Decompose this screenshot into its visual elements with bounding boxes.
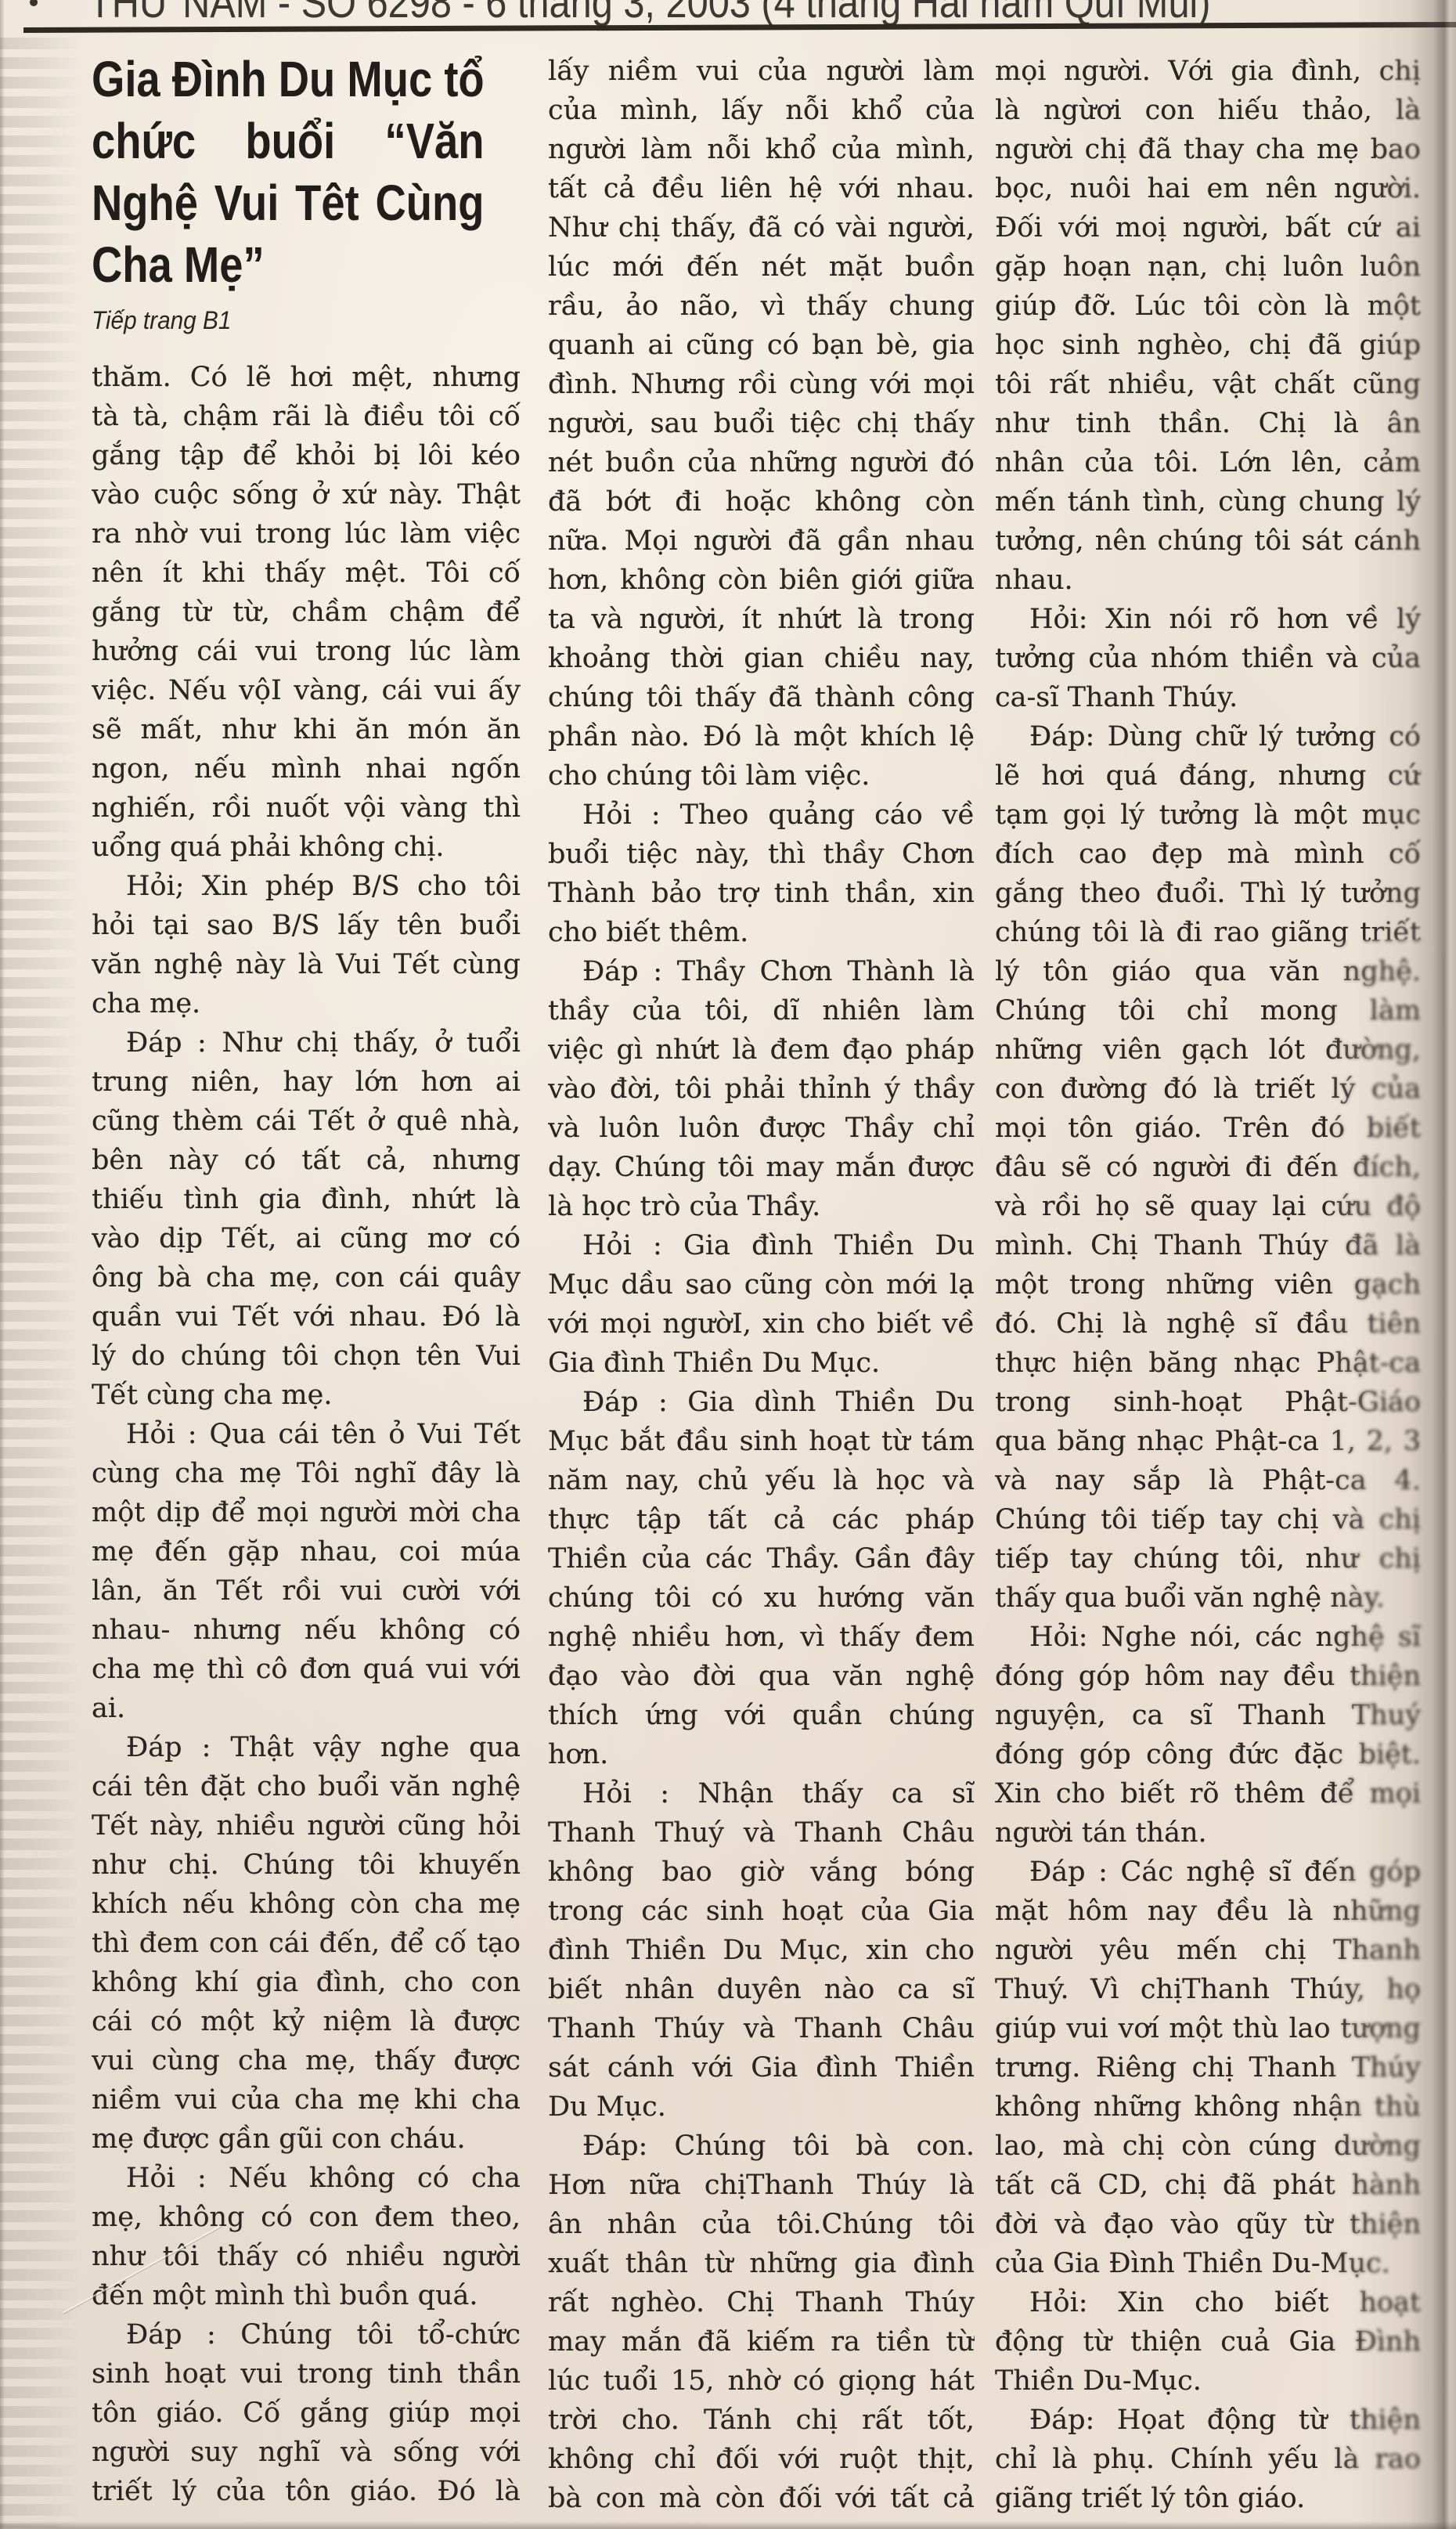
question-line: Hỏi : Nhận thấy ca sĩ: [548, 1774, 975, 1813]
bleed-through-margin: [0, 38, 82, 2527]
question-line: Hỏi : Gia đình Thiền Du: [548, 1226, 975, 1265]
text-line: cùng cha mẹ Tôi nghĩ đây là: [92, 1454, 521, 1493]
text-line: Như chị thấy, đã có vài người,: [548, 208, 975, 247]
text-line: mẹ đến gặp nhau, coi múa: [92, 1532, 521, 1571]
article-column-2: lấy niềm vui của người làm của mình, lấy…: [548, 52, 975, 2518]
text-line: cho chúng tôi làm việc.: [548, 756, 975, 795]
question-line: Hỏi : Qua cái tên ỏ Vui Tết: [92, 1415, 521, 1454]
answer-line: Đáp: Chúng tôi bà con.: [548, 2127, 975, 2166]
text-line: của mình, lấy nỗi khổ của: [548, 91, 975, 130]
text-line: thì đem con cái đến, để cố tạo: [92, 1924, 521, 1963]
text-line: thiếu tình gia đình, nhứt là: [92, 1180, 521, 1219]
text-line: buổi tiệc này, thì thầy Chơn: [548, 835, 975, 874]
text-line: Thanh Thuý và Thanh Châu: [548, 1813, 975, 1853]
page-edge-left: [0, 0, 5, 2529]
text-line: thầy của tôi, dĩ nhiên làm: [548, 991, 975, 1030]
article-column-1: thăm. Có lẽ hơi mệt, nhưng tà tà, chậm r…: [92, 358, 521, 2511]
text-line: thăm. Có lẽ hơi mệt, nhưng: [92, 358, 521, 397]
text-line: ngon, nếu mình nhai ngốn: [92, 749, 521, 788]
text-line: với mọi ngườI, xin cho biết về: [548, 1304, 975, 1344]
text-line: sinh hoạt vui trong tinh thần: [92, 2354, 521, 2394]
text-line: năm nay, chủ yếu là học và: [548, 1461, 975, 1500]
text-line: khích nếu không còn cha mẹ: [92, 1885, 521, 1924]
text-line: tôn giáo. Cố gắng giúp mọi: [92, 2394, 521, 2433]
text-line: Gia đình Thiền Du Mục.: [548, 1344, 975, 1383]
text-line: và luôn luôn được Thầy chỉ: [548, 1109, 975, 1148]
text-line: cái tên đặt cho buổi văn nghệ: [92, 1767, 521, 1806]
text-line: ai.: [92, 1689, 521, 1728]
text-line: gắng tập để khỏi bị lôi kéo: [92, 436, 521, 475]
continued-from-note: Tiếp trang B1: [92, 305, 231, 336]
text-line: Du Mục.: [548, 2087, 975, 2127]
text-line: việc gì nhứt là đem đạo pháp: [548, 1030, 975, 1070]
text-line: hưởng cái vui trong lúc làm: [92, 632, 521, 671]
title-line: Gia Đình Du Mục tổ: [92, 49, 485, 110]
text-line: nghệ nhiều hơn, vì thấy đem: [548, 1618, 975, 1657]
text-line: đến một mình thì buồn quá.: [92, 2276, 521, 2315]
text-line: như chị. Chúng tôi khuyến: [92, 1845, 521, 1885]
text-line: vào cuộc sống ở xứ này. Thật: [92, 475, 521, 514]
text-line: quanh ai cũng có bạn bè, gia: [548, 326, 975, 365]
text-line: không khí gia đình, cho con: [92, 1963, 521, 2002]
text-line: việc. Nếu vộI vàng, cái vui ấy: [92, 671, 521, 710]
answer-line: Đáp : Chúng tôi tổ-chức: [92, 2315, 521, 2354]
title-line: Cha Mẹ”: [92, 234, 485, 296]
text-line: như tôi thấy có nhiều người: [92, 2237, 521, 2276]
text-line: lý do chúng tôi chọn tên Vui: [92, 1337, 521, 1376]
text-line: lúc tuổi 15, nhờ có giọng hát: [548, 2361, 975, 2401]
text-line: cũng thèm cái Tết ở quê nhà,: [92, 1102, 521, 1141]
text-line: nét buồn của những người đó: [548, 443, 975, 482]
text-line: triết lý của tôn giáo. Đó là: [92, 2472, 521, 2511]
title-line: chức buổi “Văn: [92, 110, 485, 172]
text-line: lúc mới đến nét mặt buồn: [548, 247, 975, 287]
text-line: niềm vui của cha mẹ khi cha: [92, 2080, 521, 2120]
page-edge-shadow: [1354, 0, 1456, 2529]
text-line: người, sau buổi tiệc chị thấy: [548, 404, 975, 443]
text-line: không chỉ đối với ruột thịt,: [548, 2440, 975, 2479]
question-line: Hỏi; Xin phép B/S cho tôi: [92, 867, 521, 906]
text-line: chúng tôi thấy đã thành công: [548, 678, 975, 717]
text-line: Mục dầu sao cũng còn mới lạ: [548, 1265, 975, 1304]
text-line: hơn.: [548, 1735, 975, 1774]
text-line: người làm nỗi khổ của mình,: [548, 130, 975, 169]
text-line: nên ít khi thấy mệt. Tôi cố: [92, 554, 521, 593]
text-line: sẽ mất, như khi ăn món ăn: [92, 710, 521, 749]
text-line: thực tập tất cả các pháp: [548, 1500, 975, 1539]
text-line: một dịp để mọi người mời cha: [92, 1493, 521, 1532]
text-line: thích ứng với quần chúng: [548, 1696, 975, 1735]
text-line: đạo vào đời qua văn nghệ: [548, 1657, 975, 1696]
text-line: đã bớt đi hoặc không còn: [548, 482, 975, 521]
dateline: THỨ NĂM - SỐ 6298 - 6 tháng 3, 2003 (4 t…: [88, 0, 1210, 24]
title-line: Nghệ Vui Têt Cùng: [92, 172, 485, 234]
answer-line: Đáp : Gia dình Thiền Du: [548, 1383, 975, 1422]
text-line: cha mẹ thì cô đơn quá vui với: [92, 1650, 521, 1689]
text-line: ân nhân của tôi.Chúng tôi: [548, 2205, 975, 2244]
text-line: hỏi tại sao B/S lấy tên buổi: [92, 906, 521, 945]
text-line: may mắn đã kiếm ra tiền từ: [548, 2322, 975, 2361]
text-line: rất nghèo. Chị Thanh Thúy: [548, 2283, 975, 2322]
text-line: nữa. Mọi người đã gần nhau: [548, 521, 975, 561]
text-line: tất cả đều liên hệ với nhau.: [548, 169, 975, 208]
text-line: đình Thiền Du Mục, xin cho: [548, 1931, 975, 1970]
text-line: dạy. Chúng tôi may mắn được: [548, 1148, 975, 1187]
text-line: quần vui Tết với nhau. Đó là: [92, 1297, 521, 1337]
text-line: ra nhờ vui trong lúc làm việc: [92, 514, 521, 554]
text-line: hơn, không còn biên giới giữa: [548, 561, 975, 600]
text-line: cái có một kỷ niệm là được: [92, 2002, 521, 2041]
text-line: ta và người, ít nhứt là trong: [548, 600, 975, 639]
answer-line: Đáp : Thật vậy nghe qua: [92, 1728, 521, 1767]
page-edge-bottom: [0, 2521, 1456, 2529]
text-line: ông bà cha mẹ, con cái quây: [92, 1258, 521, 1297]
text-line: là học trò của Thầy.: [548, 1187, 975, 1226]
question-line: Hỏi : Theo quảng cáo về: [548, 795, 975, 835]
text-line: nhau- nhưng nếu không có: [92, 1611, 521, 1650]
text-line: cha mẹ.: [92, 984, 521, 1023]
text-line: khoảng thời gian chiều nay,: [548, 639, 975, 678]
text-line: vui cùng cha mẹ, thấy được: [92, 2041, 521, 2080]
text-line: gắng từ từ, chầm chậm để: [92, 593, 521, 632]
text-line: văn nghệ này là Vui Tết cùng: [92, 945, 521, 984]
text-line: bên này có tất cả, nhưng: [92, 1141, 521, 1180]
text-line: sát cánh với Gia đình Thiền: [548, 2048, 975, 2087]
text-line: vào đời, tôi phải thỉnh ý thầy: [548, 1070, 975, 1109]
text-line: Thanh Thúy và Thanh Châu: [548, 2009, 975, 2048]
text-line: xuất thân từ những gia đình: [548, 2244, 975, 2283]
text-line: cho biết thêm.: [548, 913, 975, 952]
text-line: mẹ được gần gũi con cháu.: [92, 2120, 521, 2159]
article-title: Gia Đình Du Mục tổ chức buổi “Văn Nghệ V…: [92, 49, 499, 296]
text-line: Tết cùng cha mẹ.: [92, 1376, 521, 1415]
text-line: mẹ, không có con đem theo,: [92, 2198, 521, 2237]
text-line: người suy nghĩ và sống với: [92, 2433, 521, 2472]
text-line: rầu, ảo não, vì thấy chung: [548, 287, 975, 326]
text-line: trung niên, hay lớn hơn ai: [92, 1062, 521, 1102]
text-line: vào dịp Tết, ai cũng mơ có: [92, 1219, 521, 1258]
text-line: đình. Nhưng rồi cùng với mọi: [548, 365, 975, 404]
text-line: biết nhân duyên nào ca sĩ: [548, 1970, 975, 2009]
bullet-mark: [30, 0, 38, 6]
question-line: Hỏi : Nếu không có cha: [92, 2159, 521, 2198]
text-line: lấy niềm vui của người làm: [548, 52, 975, 91]
text-line: Mục bắt đầu sinh hoạt từ tám: [548, 1422, 975, 1461]
text-line: uổng quá phải không chị.: [92, 828, 521, 867]
text-line: Tết này, nhiều người cũng hỏi: [92, 1806, 521, 1845]
text-line: trời cho. Tánh chị rất tốt,: [548, 2401, 975, 2440]
text-line: Hơn nữa chịThanh Thúy là: [548, 2166, 975, 2205]
answer-line: Đáp : Như chị thấy, ở tuổi: [92, 1023, 521, 1062]
text-line: trong các sinh hoạt của Gia: [548, 1892, 975, 1931]
text-line: bà con mà còn đối với tất cả: [548, 2479, 975, 2518]
text-line: nghiến, rồi nuốt vội vàng thì: [92, 788, 521, 828]
text-line: phần nào. Đó là một khích lệ: [548, 717, 975, 756]
text-line: chúng tôi có xu hướng văn: [548, 1578, 975, 1618]
text-line: lân, ăn Tết rồi vui cười với: [92, 1571, 521, 1611]
text-line: không bao giờ vắng bóng: [548, 1853, 975, 1892]
answer-line: Đáp : Thầy Chơn Thành là: [548, 952, 975, 991]
text-line: Thành bảo trợ tinh thần, xin: [548, 874, 975, 913]
text-line: Thiền của các Thầy. Gần đây: [548, 1539, 975, 1578]
text-line: tà tà, chậm rãi là điều tôi cố: [92, 397, 521, 436]
newspaper-clipping: THỨ NĂM - SỐ 6298 - 6 tháng 3, 2003 (4 t…: [0, 0, 1456, 2529]
